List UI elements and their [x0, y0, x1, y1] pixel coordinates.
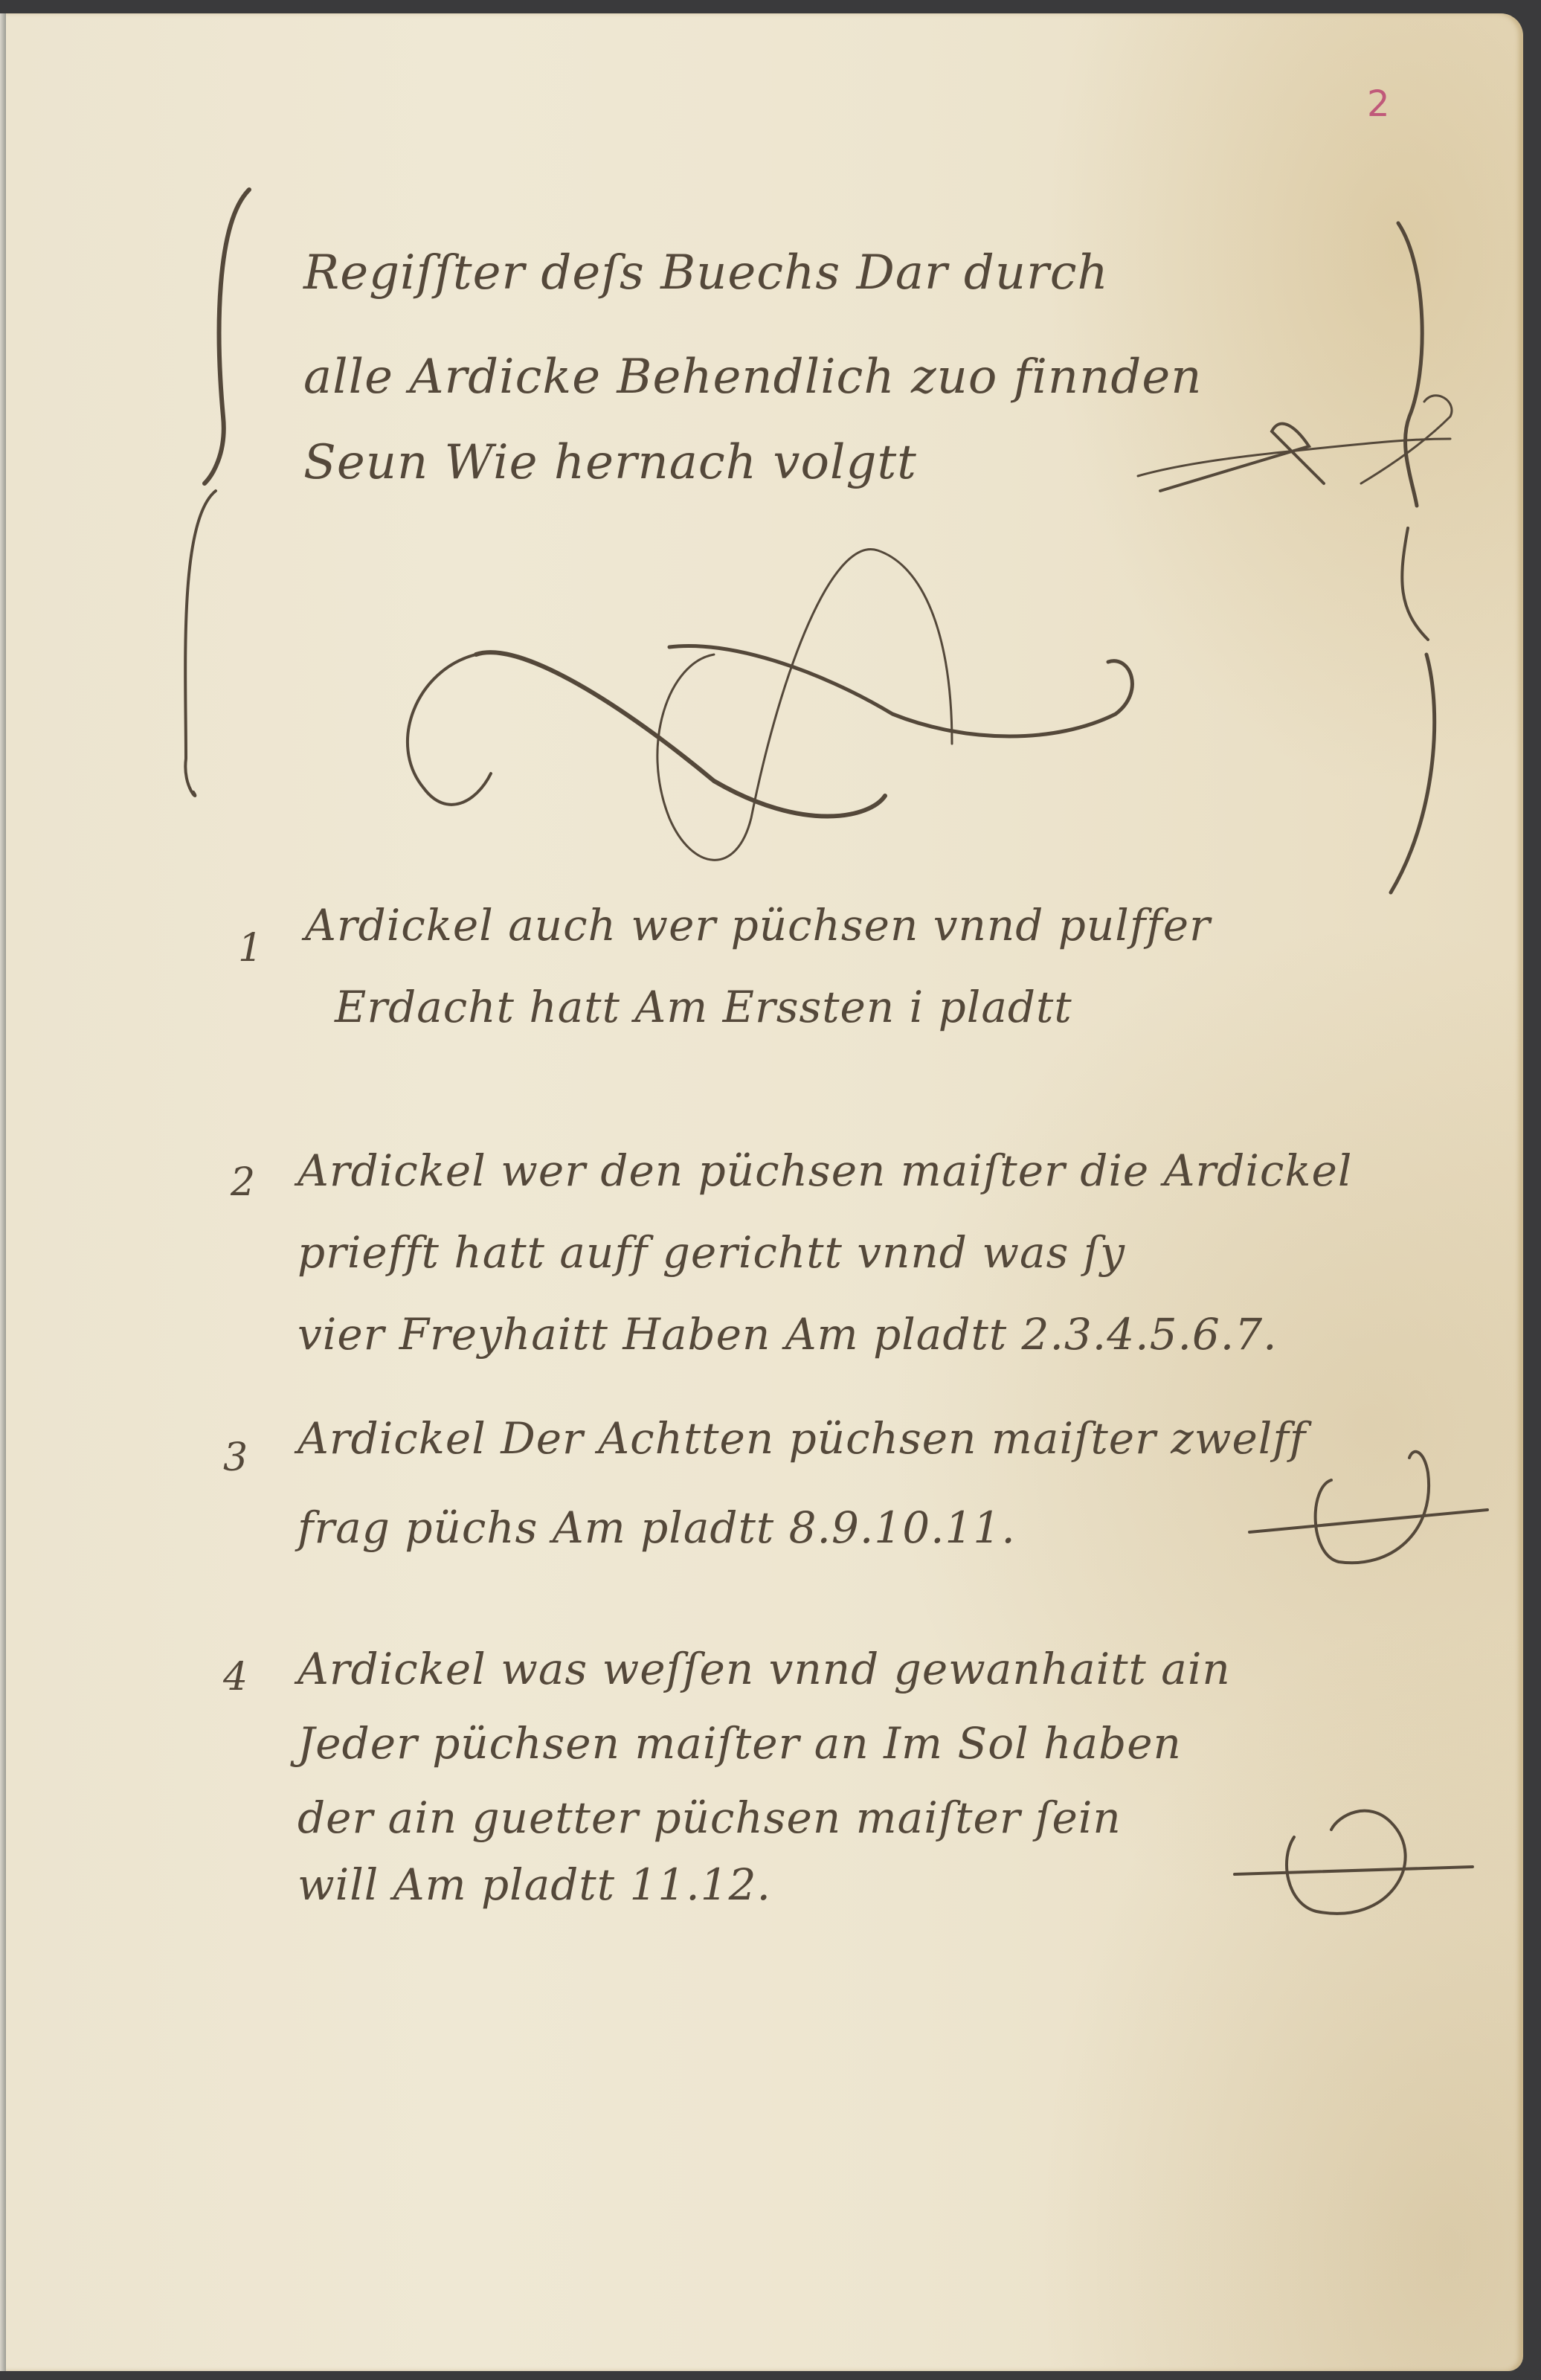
heading-line-3: Seun Wie hernach volgtt	[303, 435, 917, 490]
entry-line: vier Freyhaitt Haben Am pladtt 2.3.4.5.6…	[297, 1309, 1278, 1360]
entry-line: will Am pladtt 11.12.	[297, 1859, 771, 1910]
entry-line: Ardickel was weſſen vnnd gewanhaitt ain	[297, 1644, 1231, 1694]
entry-line: Ardickel Der Achtten püchsen maiſter zwe…	[297, 1413, 1306, 1464]
entry-number: 4	[223, 1655, 248, 1699]
entry-number: 2	[231, 1160, 255, 1205]
entry-line: Erdacht hatt Am Erssten i pladtt	[335, 982, 1072, 1032]
heading-line-1: Regiſſter deſs Buechs Dar durch	[303, 245, 1109, 300]
entry-number: 3	[223, 1435, 248, 1480]
entry-line: der ain guetter püchsen maiſter ſein	[297, 1792, 1122, 1843]
entry-line: Ardickel auch wer püchsen vnnd pulffer	[305, 900, 1211, 951]
entry-line: priefft hatt auff gerichtt vnnd was ſy	[297, 1227, 1125, 1278]
entry-number: 1	[238, 926, 263, 971]
entry-line: frag püchs Am pladtt 8.9.10.11.	[297, 1502, 1016, 1553]
entry-line: Jeder püchsen maiſter an Im Sol haben	[297, 1718, 1182, 1769]
heading-line-2: alle Ardicke Behendlich zuo finnden	[303, 350, 1202, 405]
entry-line: Ardickel wer den püchsen maiſter die Ard…	[297, 1145, 1352, 1196]
